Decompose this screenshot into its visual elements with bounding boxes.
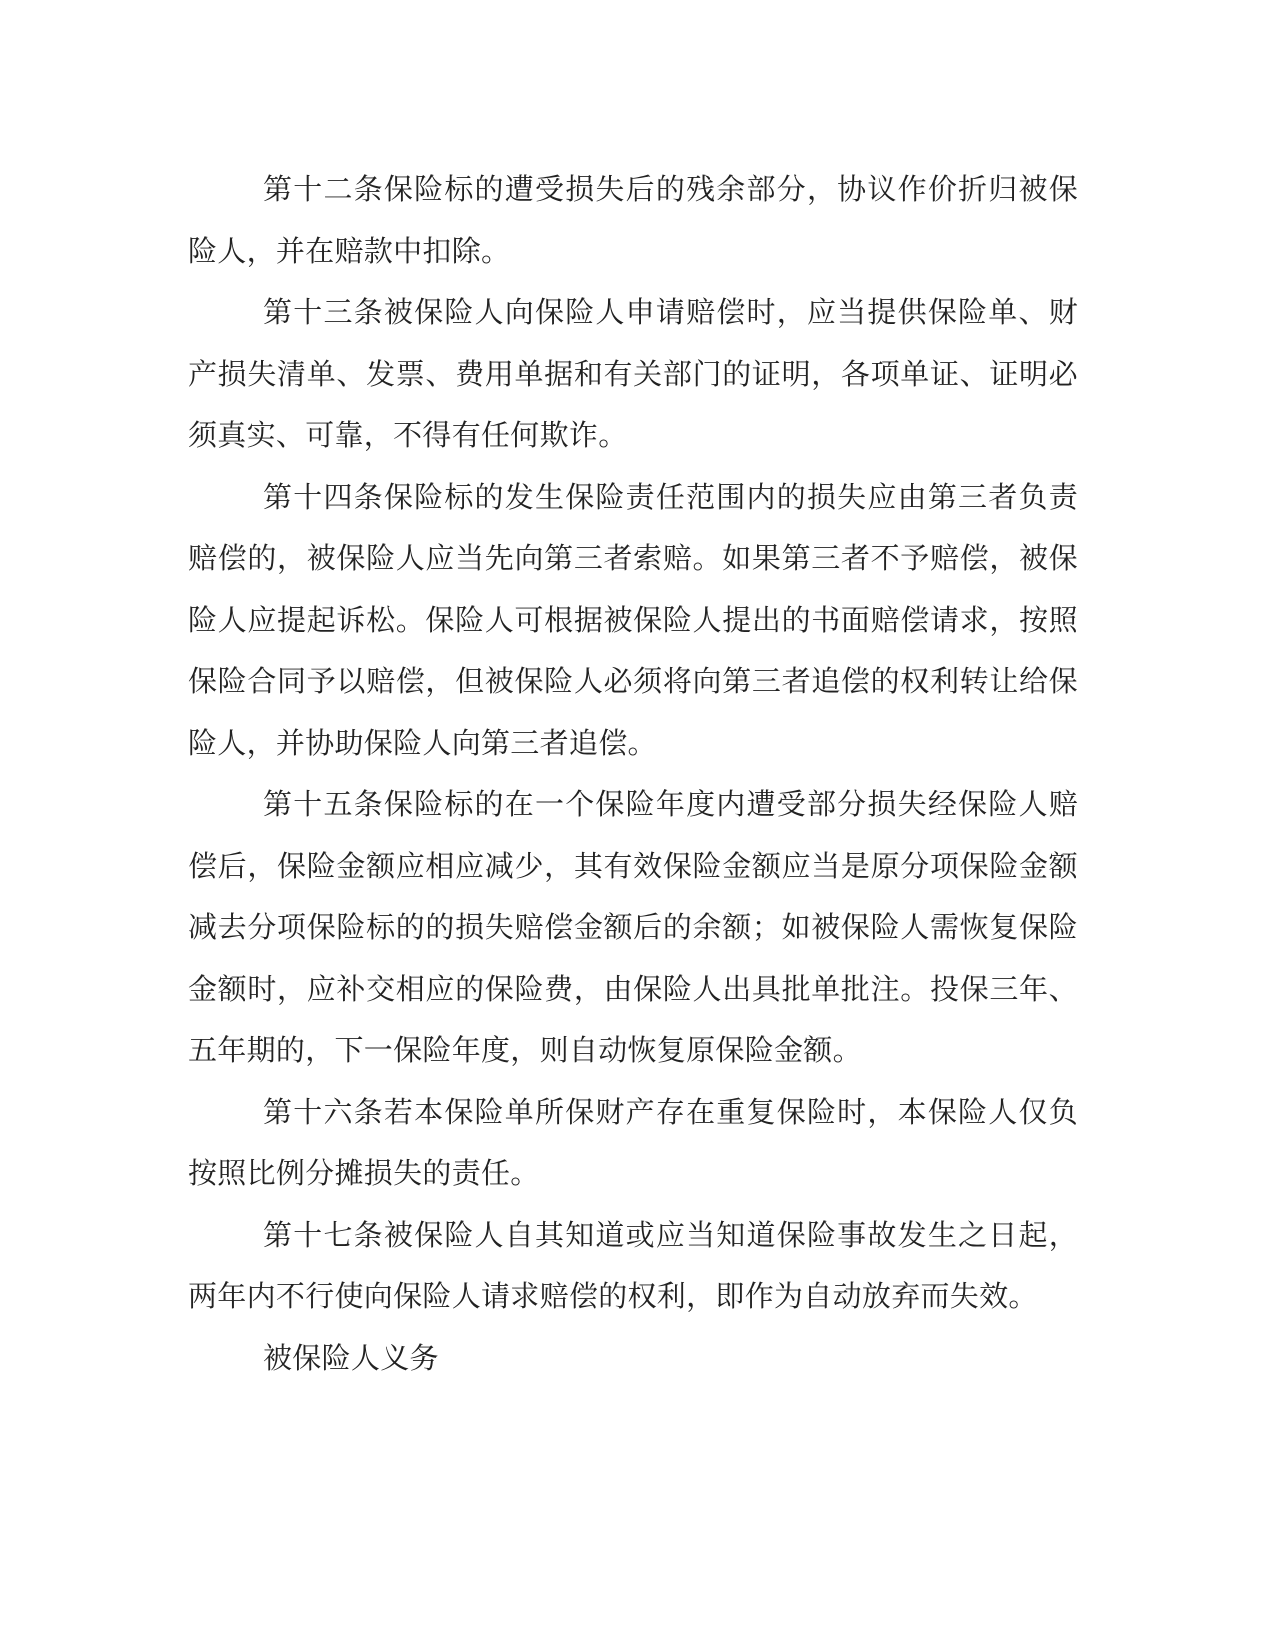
paragraph-clause-17: 第十七条被保险人自其知道或应当知道保险事故发生之日起，两年内不行使向保险人请求赔… — [188, 1206, 1078, 1329]
paragraph-section-heading: 被保险人义务 — [188, 1329, 1078, 1391]
paragraph-clause-15: 第十五条保险标的在一个保险年度内遭受部分损失经保险人赔偿后，保险金额应相应减少，… — [188, 775, 1078, 1083]
paragraph-clause-12: 第十二条保险标的遭受损失后的残余部分，协议作价折归被保险人，并在赔款中扣除。 — [188, 160, 1078, 283]
paragraph-clause-16: 第十六条若本保险单所保财产存在重复保险时，本保险人仅负按照比例分摊损失的责任。 — [188, 1083, 1078, 1206]
document-page: 第十二条保险标的遭受损失后的残余部分，协议作价折归被保险人，并在赔款中扣除。 第… — [0, 0, 1275, 1650]
paragraph-clause-14: 第十四条保险标的发生保险责任范围内的损失应由第三者负责赔偿的，被保险人应当先向第… — [188, 468, 1078, 776]
paragraph-clause-13: 第十三条被保险人向保险人申请赔偿时，应当提供保险单、财产损失清单、发票、费用单据… — [188, 283, 1078, 468]
document-body: 第十二条保险标的遭受损失后的残余部分，协议作价折归被保险人，并在赔款中扣除。 第… — [188, 160, 1078, 1390]
